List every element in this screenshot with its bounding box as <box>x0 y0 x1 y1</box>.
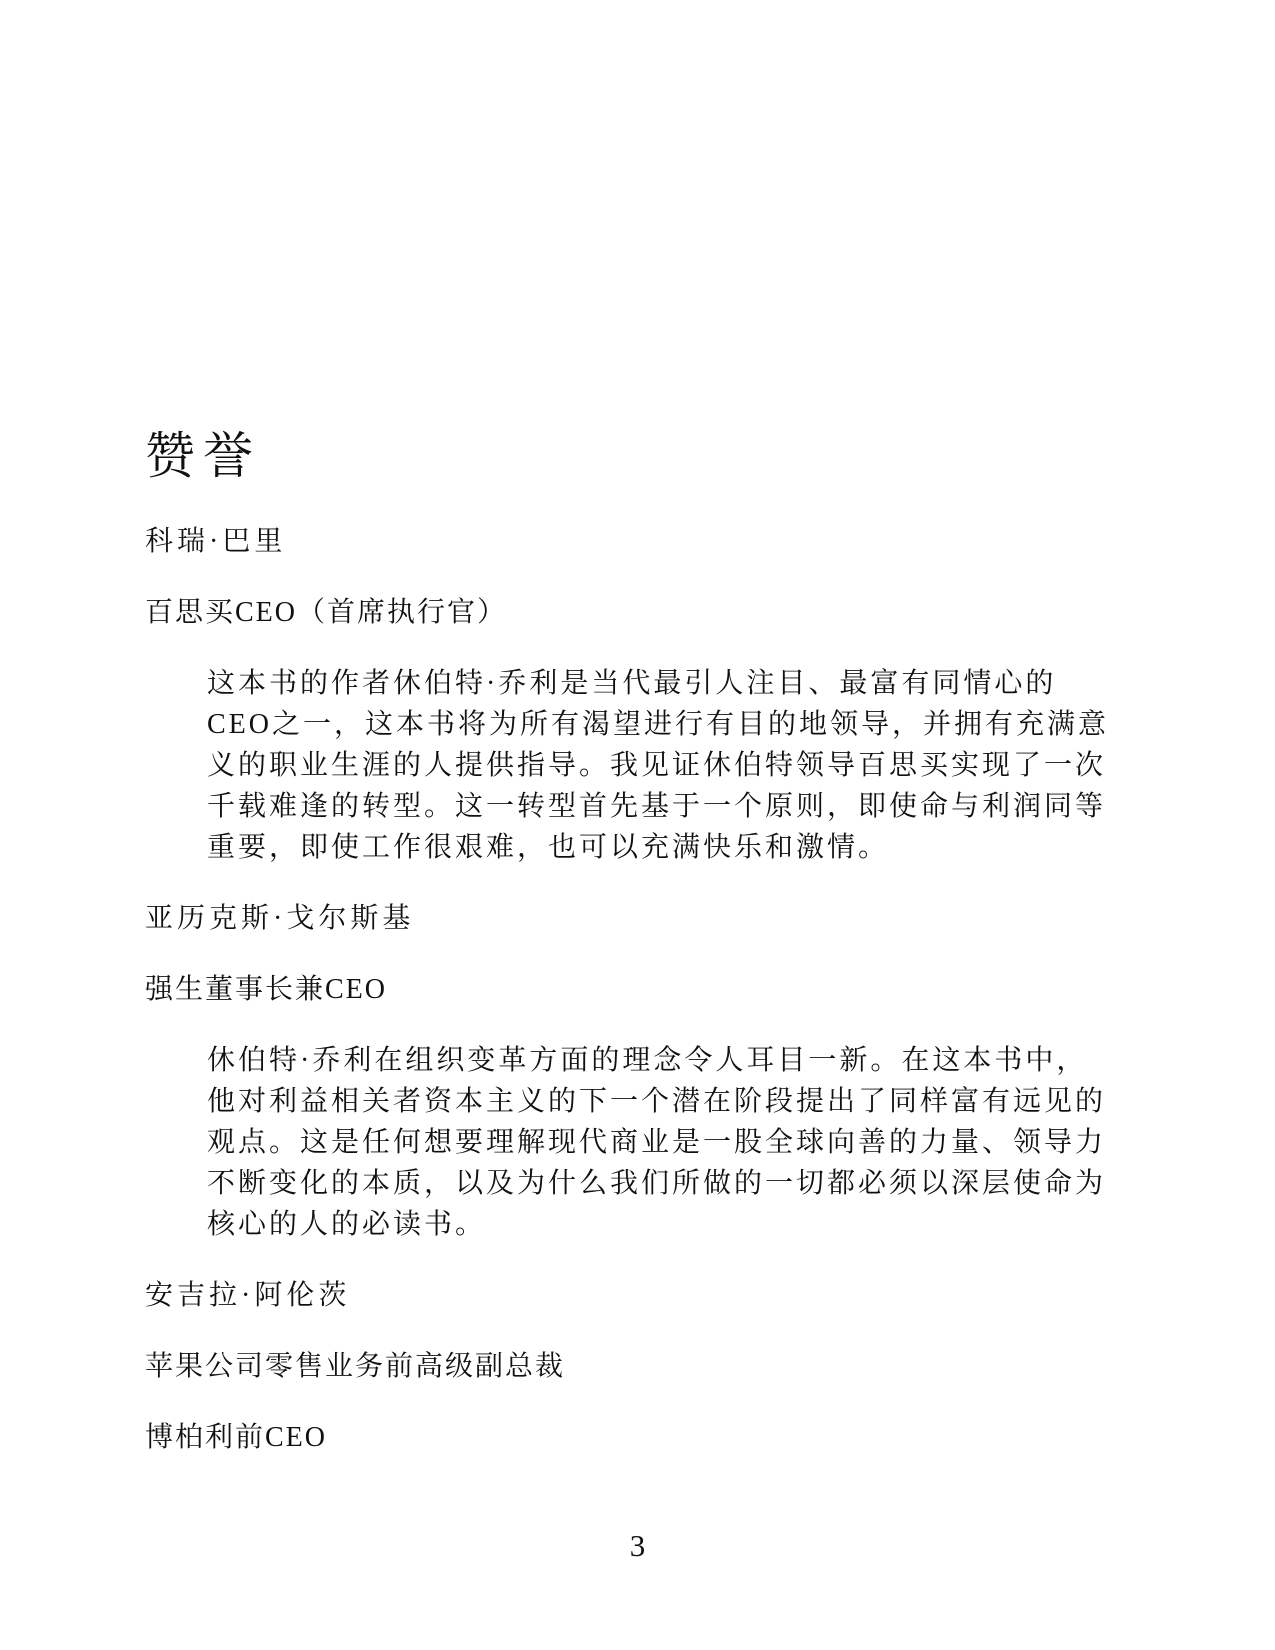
endorser-name: 安吉拉·阿伦茨 <box>145 1275 1125 1316</box>
endorser-role: 博柏利前CEO <box>145 1417 1125 1458</box>
endorsement-block: 亚历克斯·戈尔斯基 强生董事长兼CEO 休伯特·乔利在组织变革方面的理念令人耳目… <box>145 898 1125 1245</box>
endorser-role: 百思买CEO（首席执行官） <box>145 592 1125 633</box>
chapter-title: 赞誉 <box>145 425 1125 487</box>
endorsement-block: 安吉拉·阿伦茨 苹果公司零售业务前高级副总裁 博柏利前CEO <box>145 1275 1125 1458</box>
endorser-role: 强生董事长兼CEO <box>145 969 1125 1010</box>
page-number: 3 <box>0 1526 1275 1566</box>
endorser-name: 科瑞·巴里 <box>145 521 1125 562</box>
endorser-name: 亚历克斯·戈尔斯基 <box>145 898 1125 939</box>
endorsement-quote: 休伯特·乔利在组织变革方面的理念令人耳目一新。在这本书中， 他对利益相关者资本主… <box>145 1040 1125 1245</box>
page-content: 赞誉 科瑞·巴里 百思买CEO（首席执行官） 这本书的作者休伯特·乔利是当代最引… <box>0 0 1275 1458</box>
endorser-role: 苹果公司零售业务前高级副总裁 <box>145 1346 1125 1387</box>
endorsement-quote: 这本书的作者休伯特·乔利是当代最引人注目、最富有同情心的 CEO之一，这本书将为… <box>145 663 1125 868</box>
book-page: 赞誉 科瑞·巴里 百思买CEO（首席执行官） 这本书的作者休伯特·乔利是当代最引… <box>0 0 1275 1650</box>
endorsement-block: 科瑞·巴里 百思买CEO（首席执行官） 这本书的作者休伯特·乔利是当代最引人注目… <box>145 521 1125 868</box>
